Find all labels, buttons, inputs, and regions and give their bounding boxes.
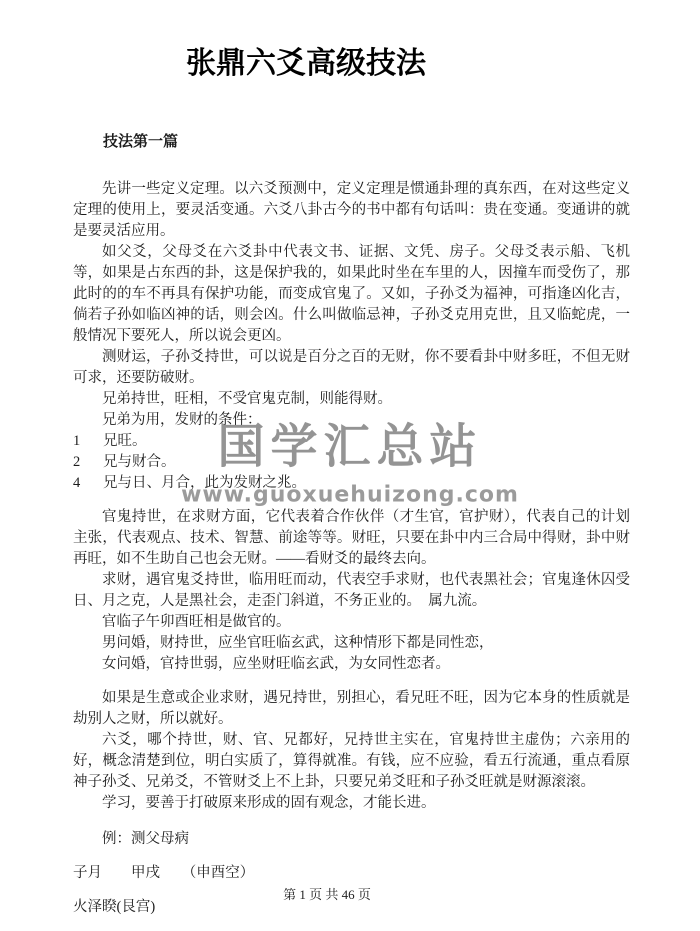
paragraph-spacer xyxy=(73,494,630,507)
paragraph: 求财，遇官鬼爻持世，临用旺而动，代表空手求财，也代表黑社会；官鬼逢休囚受日、月之… xyxy=(73,570,630,612)
paragraph: 学习，要善于打破原来形成的固有观念，才能长进。 xyxy=(73,793,630,814)
list-item: 4 兄与日、月合，此为发财之兆。 xyxy=(73,473,630,494)
list-item: 2 兄与财合。 xyxy=(73,452,630,473)
paragraph: 官鬼持世，在求财方面，它代表着合作伙伴（才生官，官护财），代表自己的计划主张，代… xyxy=(73,507,630,570)
list-item: 1 兄旺。 xyxy=(73,431,630,452)
list-item-text: 兄旺。 xyxy=(103,431,147,452)
paragraph: 如父爻，父母爻在六爻卦中代表文书、证据、文凭、房子。父母爻表示船、飞机等，如果是… xyxy=(73,242,630,347)
page-number-footer: 第 1 页 共 46 页 xyxy=(0,884,700,903)
paragraph: 测财运，子孙爻持世，可以说是百分之百的无财，你不要看卦中财多旺，不但无财可求，还… xyxy=(73,347,630,389)
list-item-text: 兄与日、月合，此为发财之兆。 xyxy=(103,473,306,494)
paragraph: 先讲一些定义定理。以六爻预测中，定义定理是惯通卦理的真东西，在对这些定义定理的使… xyxy=(73,179,630,242)
paragraph: 如果是生意或企业求财，遇兄持世，别担心，看兄旺不旺，因为它本身的性质就是劫别人之… xyxy=(73,688,630,730)
paragraph: 兄弟持世，旺相，不受官鬼克制，则能得财。 xyxy=(73,389,630,410)
list-item-number: 1 xyxy=(73,431,103,452)
example-date-line: 子月 甲戌 （申酉空） xyxy=(73,863,630,884)
paragraph-spacer xyxy=(73,675,630,688)
paragraph-spacer xyxy=(73,850,630,863)
section-heading: 技法第一篇 xyxy=(103,132,700,153)
list-item-number: 2 xyxy=(73,452,103,473)
document-body: 先讲一些定义定理。以六爻预测中，定义定理是惯通卦理的真东西，在对这些定义定理的使… xyxy=(73,179,630,918)
list-item-text: 兄与财合。 xyxy=(103,452,176,473)
paragraph: 男问婚，财持世，应坐官旺临玄武，这种情形下都是同性恋， xyxy=(73,633,630,654)
document-page: 张鼎六爻高级技法 技法第一篇 先讲一些定义定理。以六爻预测中，定义定理是惯通卦理… xyxy=(0,0,700,931)
paragraph: 女问婚，官持世弱，应坐财旺临玄武，为女同性恋者。 xyxy=(73,654,630,675)
document-title: 张鼎六爻高级技法 xyxy=(0,46,700,82)
example-label: 例：测父母病 xyxy=(73,829,630,850)
paragraph: 官临子午卯酉旺相是做官的。 xyxy=(73,612,630,633)
paragraph: 六爻，哪个持世，财、官、兄都好，兄持世主实在，官鬼持世主虚伪；六亲用的好，概念清… xyxy=(73,730,630,793)
paragraph-spacer xyxy=(73,814,630,829)
list-item-number: 4 xyxy=(73,473,103,494)
paragraph: 兄弟为用，发财的条件： xyxy=(73,410,630,431)
